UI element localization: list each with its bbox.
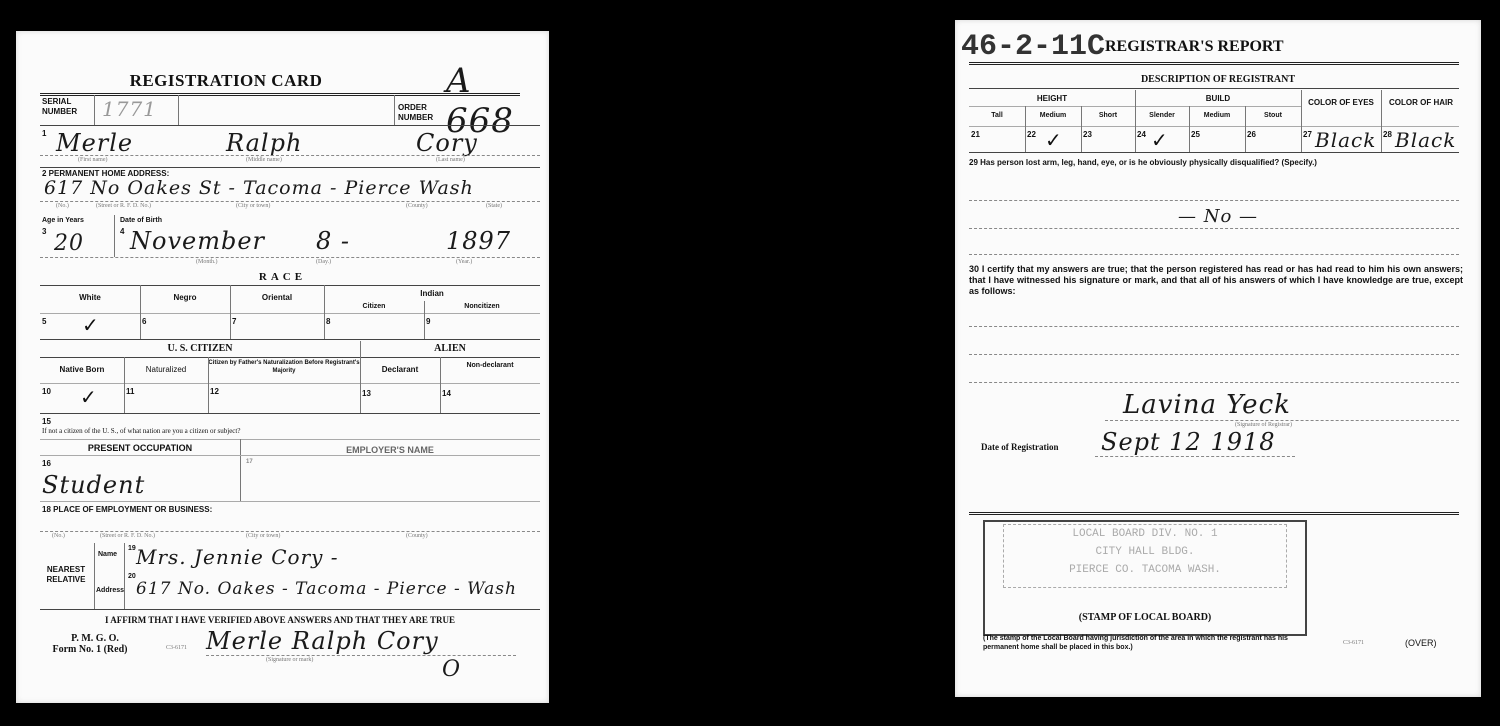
eye-color-heading: COLOR OF EYES xyxy=(1301,98,1381,108)
place-of-employment-label: 18 PLACE OF EMPLOYMENT OR BUSINESS: xyxy=(42,505,212,514)
question-29: 29 Has person lost arm, leg, hand, eye, … xyxy=(969,158,1459,168)
race-indian-noncitizen-label: Noncitizen xyxy=(424,303,540,310)
relative-address-value: 617 No. Oakes - Tacoma - Pierce - Wash xyxy=(136,579,517,599)
stamp-line: CITY HALL BLDG. xyxy=(1004,543,1286,561)
citizen-by-father-label: Citizen by Father's Naturalization Befor… xyxy=(208,359,360,375)
height-tall-label: Tall xyxy=(969,112,1025,119)
registrant-signature: Merle Ralph Cory xyxy=(206,627,439,655)
stamp-caption: (STAMP OF LOCAL BOARD) xyxy=(983,612,1307,623)
check-mark-icon: ✓ xyxy=(80,385,97,409)
registrant-mark: O xyxy=(442,657,461,682)
declarant-label: Declarant xyxy=(360,365,440,374)
report-title: REGISTRAR'S REPORT xyxy=(1105,38,1284,56)
last-name: Cory xyxy=(416,129,478,157)
build-heading: BUILD xyxy=(1135,94,1301,103)
field-number: 22 xyxy=(1027,130,1036,139)
build-stout-label: Stout xyxy=(1245,112,1301,119)
field-number: 19 xyxy=(128,545,136,552)
non-declarant-label: Non-declarant xyxy=(440,361,540,370)
native-born-label: Native Born xyxy=(40,365,124,374)
over-label: (OVER) xyxy=(1405,638,1437,648)
form-code: C3-6171 xyxy=(1343,640,1364,646)
caption: (Last name) xyxy=(436,157,465,163)
race-indian-citizen-label: Citizen xyxy=(324,303,424,310)
caption: (Month.) xyxy=(196,259,218,265)
height-heading: HEIGHT xyxy=(969,94,1135,103)
check-mark-icon: ✓ xyxy=(1045,128,1062,152)
eye-color-value: Black xyxy=(1315,128,1376,152)
order-number-label: ORDER NUMBER xyxy=(398,103,438,123)
question-30: 30 I certify that my answers are true; t… xyxy=(969,264,1463,297)
dob-year: 1897 xyxy=(446,227,511,255)
us-citizen-heading: U. S. CITIZEN xyxy=(40,343,360,354)
field-number: 21 xyxy=(971,130,980,139)
race-white-label: White xyxy=(40,293,140,302)
form-code: C3-6171 xyxy=(166,645,187,651)
field-number: 1 xyxy=(42,129,46,138)
field-number: 17 xyxy=(246,459,253,465)
caption: (City or town) xyxy=(236,203,270,209)
field-number: 5 xyxy=(42,317,46,326)
race-heading: RACE xyxy=(16,271,549,283)
build-medium-label: Medium xyxy=(1189,112,1245,119)
naturalized-label: Naturalized xyxy=(124,365,208,374)
field-number: 6 xyxy=(142,317,146,326)
nearest-relative-label: NEAREST RELATIVE xyxy=(40,565,92,585)
relative-name-value: Mrs. Jennie Cory - xyxy=(136,545,339,569)
stamp-line: LOCAL BOARD DIV. NO. 1 xyxy=(1004,525,1286,543)
card-title: REGISTRATION CARD xyxy=(16,71,436,91)
field-number: 10 xyxy=(42,387,51,396)
caption: (No.) xyxy=(56,203,69,209)
caption: (County) xyxy=(406,203,428,209)
caption: (Year.) xyxy=(456,259,472,265)
dob-month: November xyxy=(130,227,265,255)
field-number: 14 xyxy=(442,389,451,398)
relative-name-label: Name xyxy=(98,551,117,558)
race-negro-label: Negro xyxy=(140,293,230,302)
stamp-number: 46-2-11C xyxy=(961,30,1105,64)
stamp-note: (The stamp of the Local Board having jur… xyxy=(983,634,1313,652)
affirmation-text: I AFFIRM THAT I HAVE VERIFIED ABOVE ANSW… xyxy=(40,615,520,625)
first-name: Merle xyxy=(56,129,133,157)
field-number: 25 xyxy=(1191,130,1200,139)
local-board-stamp: LOCAL BOARD DIV. NO. 1 CITY HALL BLDG. P… xyxy=(1003,524,1287,588)
hair-color-value: Black xyxy=(1395,128,1456,152)
question-15: If not a citizen of the U. S., of what n… xyxy=(42,427,240,435)
occupation-value: Student xyxy=(42,471,145,499)
employer-label: EMPLOYER'S NAME xyxy=(240,445,540,455)
caption: (Signature or mark) xyxy=(266,657,313,663)
stamp-line: PIERCE CO. TACOMA WASH. xyxy=(1004,561,1286,579)
relative-address-label: Address xyxy=(96,587,124,594)
description-heading: DESCRIPTION OF REGISTRANT xyxy=(955,74,1481,85)
registration-date-value: Sept 12 1918 xyxy=(1101,428,1276,456)
caption: (No.) xyxy=(52,533,65,539)
race-oriental-label: Oriental xyxy=(230,293,324,302)
form-id-line2: Form No. 1 (Red) xyxy=(30,644,150,655)
caption: (Street or R. F. D. No.) xyxy=(96,203,151,209)
home-address: 617 No Oakes St - Tacoma - Pierce Wash xyxy=(44,177,474,199)
field-number: 23 xyxy=(1083,130,1092,139)
field-number: 4 xyxy=(120,227,124,236)
field-number: 27 xyxy=(1303,130,1312,139)
dob-label: Date of Birth xyxy=(120,217,162,224)
build-slender-label: Slender xyxy=(1135,112,1189,119)
dob-day: 8 - xyxy=(316,227,350,255)
field-number: 3 xyxy=(42,227,46,236)
registrar-signature: Lavina Yeck xyxy=(1123,390,1291,420)
field-number: 11 xyxy=(126,387,134,396)
registration-card-front: REGISTRATION CARD A 668 SERIAL NUMBER 17… xyxy=(16,31,549,703)
serial-number-value: 1771 xyxy=(102,97,157,121)
caption: (Street or R. F. D. No.) xyxy=(100,533,155,539)
field-number: 7 xyxy=(232,317,236,326)
field-number: 13 xyxy=(362,389,371,398)
height-short-label: Short xyxy=(1081,112,1135,119)
race-indian-label: Indian xyxy=(324,289,540,298)
caption: (Middle name) xyxy=(246,157,282,163)
field-number: 9 xyxy=(426,317,430,326)
age-label: Age in Years xyxy=(42,217,84,224)
question-29-answer: — No — xyxy=(955,206,1481,227)
occupation-label: PRESENT OCCUPATION xyxy=(40,443,240,453)
check-mark-icon: ✓ xyxy=(1151,128,1168,152)
caption: (City or town) xyxy=(246,533,280,539)
field-number: 24 xyxy=(1137,130,1146,139)
field-number: 26 xyxy=(1247,130,1256,139)
field-number: 16 xyxy=(42,459,51,468)
registrar-report-back: 46-2-11C REGISTRAR'S REPORT DESCRIPTION … xyxy=(955,20,1481,697)
check-mark-icon: ✓ xyxy=(82,313,99,337)
alien-heading: ALIEN xyxy=(360,343,540,354)
middle-name: Ralph xyxy=(226,129,302,157)
field-number: 28 xyxy=(1383,130,1392,139)
serial-number-label: SERIAL NUMBER xyxy=(42,97,92,117)
field-number: 20 xyxy=(128,573,136,580)
hair-color-heading: COLOR OF HAIR xyxy=(1381,98,1461,108)
registration-date-label: Date of Registration xyxy=(981,442,1058,452)
caption: (First name) xyxy=(78,157,108,163)
field-number: 8 xyxy=(326,317,330,326)
field-number: 15 xyxy=(42,417,51,426)
caption: (State) xyxy=(486,203,502,209)
field-number: 12 xyxy=(210,387,219,396)
age-value: 20 xyxy=(54,231,84,256)
height-medium-label: Medium xyxy=(1025,112,1081,119)
form-id-line1: P. M. G. O. xyxy=(40,633,150,644)
caption: (Day.) xyxy=(316,259,331,265)
caption: (County) xyxy=(406,533,428,539)
